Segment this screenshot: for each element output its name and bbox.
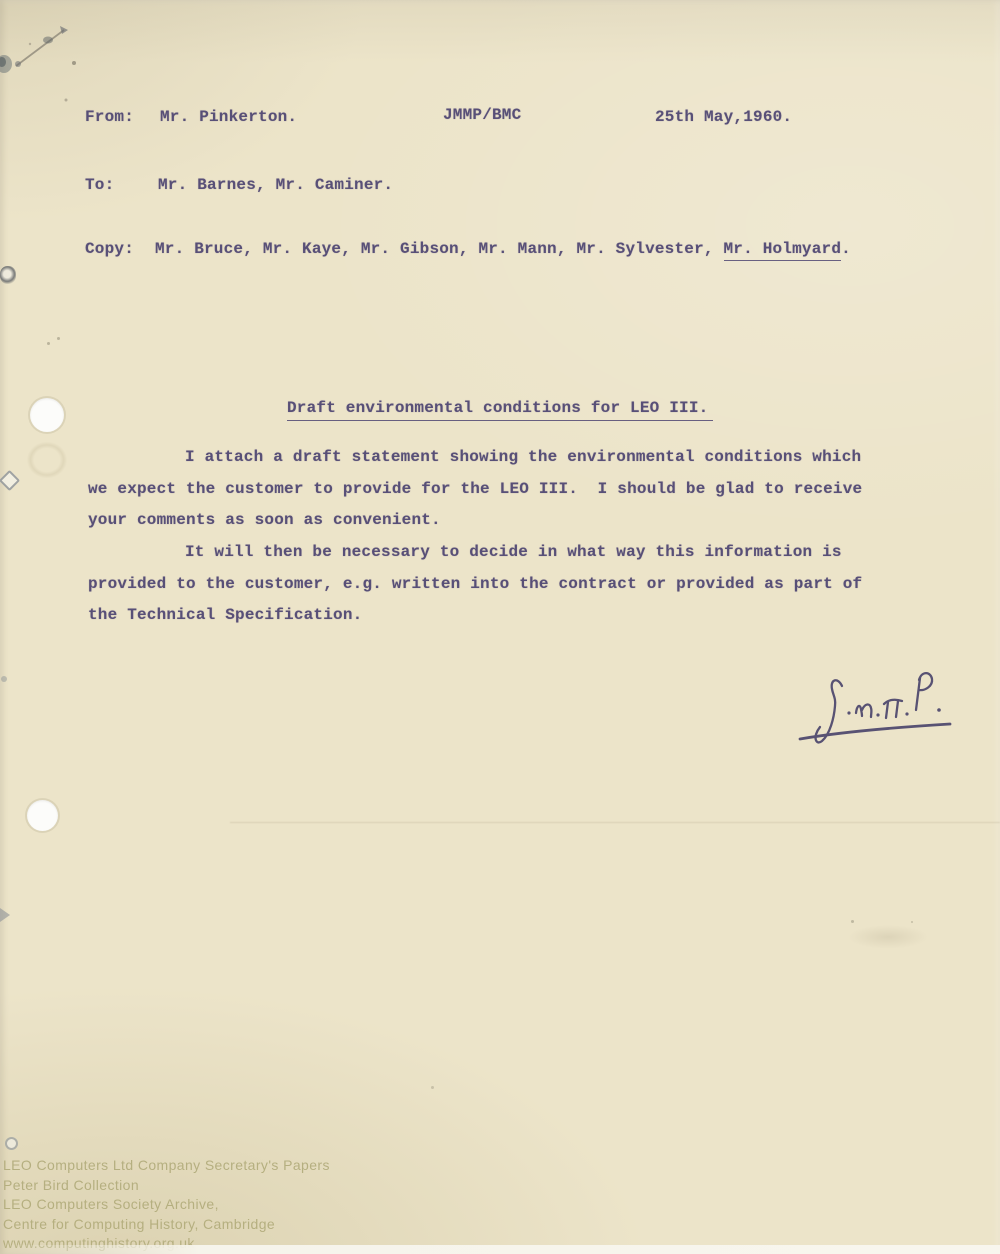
stain-mark <box>0 266 16 284</box>
ring-mark <box>5 1137 18 1150</box>
copy-names: Mr. Bruce, Mr. Kaye, Mr. Gibson, Mr. Man… <box>155 240 724 258</box>
paper-crease <box>230 822 1000 823</box>
watermark-line: LEO Computers Ltd Company Secretary's Pa… <box>3 1156 330 1176</box>
to-label: To: <box>85 176 114 194</box>
staple-mark <box>0 0 230 120</box>
signature-initials <box>792 664 957 749</box>
dot-mark <box>1 676 7 682</box>
speck <box>431 1086 434 1089</box>
edge-mark <box>0 908 10 922</box>
punch-hole-bottom <box>27 800 58 831</box>
speck <box>57 337 60 340</box>
watermark-line: LEO Computers Society Archive, <box>3 1195 330 1215</box>
date: 25th May,1960. <box>655 108 792 126</box>
speck <box>911 921 913 923</box>
copy-name-underlined: Mr. Holmyard <box>724 240 842 261</box>
copy-value: Mr. Bruce, Mr. Kaye, Mr. Gibson, Mr. Man… <box>155 240 915 258</box>
watermark-line: Centre for Computing History, Cambridge <box>3 1215 330 1235</box>
punch-hole-top <box>30 398 64 432</box>
foil-speck-mark <box>0 470 20 491</box>
subject-title: Draft environmental conditions for LEO I… <box>287 399 713 421</box>
from-value: Mr. Pinkerton. <box>160 108 297 126</box>
scanned-memo-page: From: Mr. Pinkerton. JMMP/BMC 25th May,1… <box>0 0 1000 1254</box>
speck <box>47 342 50 345</box>
from-label: From: <box>85 108 134 126</box>
watermark-line: Peter Bird Collection <box>3 1176 330 1196</box>
paragraph-1: I attach a draft statement showing the e… <box>88 442 898 537</box>
archive-watermark: LEO Computers Ltd Company Secretary's Pa… <box>3 1156 330 1254</box>
reference-code: JMMP/BMC <box>443 106 521 124</box>
copy-label: Copy: <box>85 240 134 258</box>
smudge-mark <box>838 922 938 952</box>
scan-edge-strip <box>0 1245 1000 1254</box>
to-value: Mr. Barnes, Mr. Caminer. <box>158 176 393 194</box>
punch-hole-shadow <box>25 440 69 480</box>
paragraph-2: It will then be necessary to decide in w… <box>88 537 898 632</box>
copy-suffix: . <box>841 240 851 258</box>
speck <box>851 920 854 923</box>
